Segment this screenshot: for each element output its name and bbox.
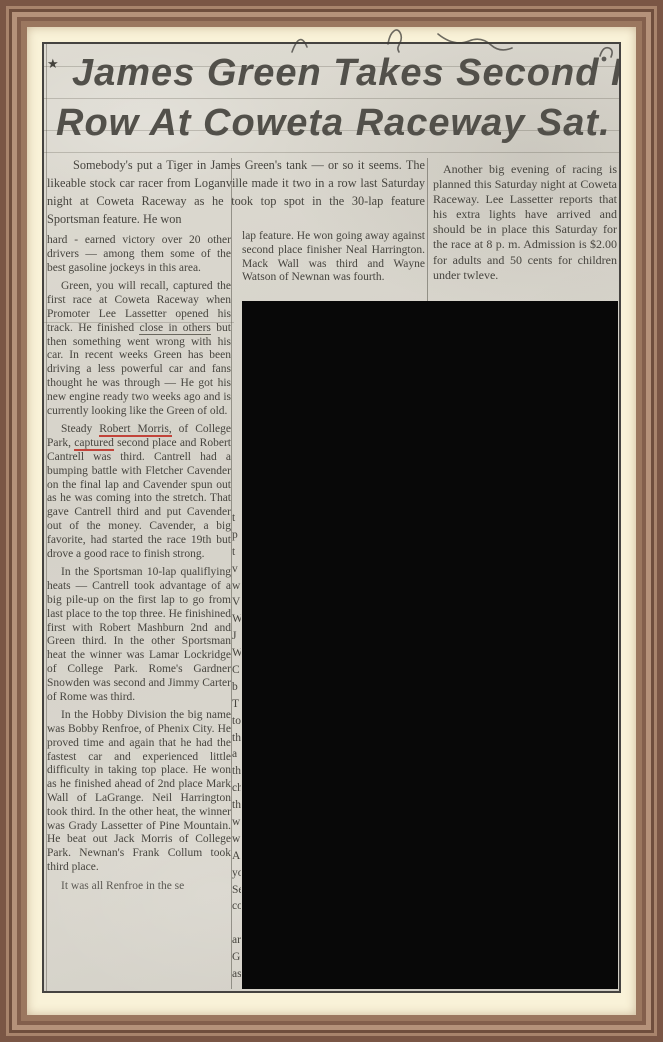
text-run: Steady	[61, 423, 99, 435]
right-column: Another big evening of racing is planned…	[433, 162, 617, 304]
article-headline: James Green Takes Second In Row At Cowet…	[56, 52, 616, 145]
paragraph: In the Sportsman 10-lap qualiflying heat…	[47, 566, 231, 704]
text-run: but then something went wrong with his c…	[47, 322, 231, 417]
paragraph: hard - earned victory over 20 other driv…	[47, 234, 231, 275]
frame-ridge: ★ James Green Takes Second In Row At Cow…	[6, 6, 657, 1036]
middle-column: lap feature. He won going away against s…	[242, 230, 425, 302]
frame-ridge: ★ James Green Takes Second In Row At Cow…	[21, 21, 642, 1021]
column-rule-right	[427, 158, 428, 302]
paragraph: Green, you will recall, captured the fir…	[47, 280, 231, 418]
paragraph: Steady Robert Morris, of College Park, c…	[47, 423, 231, 561]
left-column: hard - earned victory over 20 other driv…	[47, 234, 231, 991]
picture-mat: ★ James Green Takes Second In Row At Cow…	[27, 27, 636, 1015]
red-underlined-name: Robert Morris,	[99, 423, 171, 437]
frame-ridge: ★ James Green Takes Second In Row At Cow…	[9, 9, 654, 1033]
headline-line-2: Row At Coweta Raceway Sat.	[56, 102, 616, 145]
cut-off-line: It was all Renfroe in the se	[47, 880, 231, 891]
lead-paragraph: Somebody's put a Tiger in James Green's …	[47, 156, 425, 234]
frame-ridge: ★ James Green Takes Second In Row At Cow…	[12, 12, 651, 1030]
column-edge-letters: tptvwVWJWCbTtothathchthwwAyoSecoarGas	[232, 512, 241, 985]
paragraph: In the Hobby Division the big name was B…	[47, 709, 231, 875]
text-run: second place and Robert Cantrell was thi…	[47, 437, 231, 559]
newspaper-clipping-photo: ★ James Green Takes Second In Row At Cow…	[42, 42, 621, 993]
redaction-box	[242, 301, 618, 989]
crease-line	[44, 152, 619, 153]
underlined-text: close in others	[139, 322, 210, 335]
frame-ridge: ★ James Green Takes Second In Row At Cow…	[17, 17, 646, 1025]
picture-frame: ★ James Green Takes Second In Row At Cow…	[0, 0, 663, 1042]
framed-newspaper-photograph: { "marks": { "star": "★" }, "headline": …	[0, 0, 663, 1042]
headline-line-1: James Green Takes Second In	[72, 52, 616, 95]
red-underlined-word: captured	[74, 437, 114, 451]
